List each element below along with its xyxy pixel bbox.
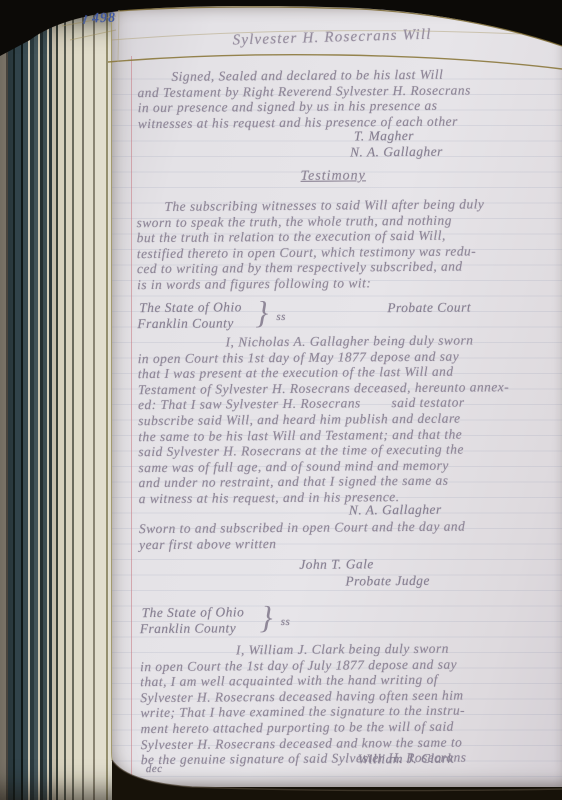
scanned-book-photo: 498 Sylvester H. Rosecrans Will Signed, … xyxy=(0,0,562,800)
venue1-county: Franklin County xyxy=(137,315,234,332)
clark-deposition: I, William J. Clark being duly sworn in … xyxy=(140,641,467,768)
venue2-ss: ss xyxy=(281,616,291,628)
jurat-line: year first above written xyxy=(139,534,465,552)
attestation-line: witnesses at his request and his presenc… xyxy=(138,113,471,131)
venue2-brace: } xyxy=(260,599,273,636)
page-title: Sylvester H. Rosecrans Will xyxy=(147,24,517,52)
judge-signature: John T. Gale xyxy=(299,556,374,573)
testimony-intro: The subscribing witnesses to said Will a… xyxy=(136,196,485,292)
clark-signature: William J. Clark xyxy=(358,751,454,768)
gallagher-signature: N. A. Gallagher xyxy=(349,502,442,519)
testimony-line: is in words and figures following to wit… xyxy=(137,274,485,292)
venue2-county: Franklin County xyxy=(140,620,237,637)
venue2-state: The State of Ohio xyxy=(142,604,245,621)
witness-signature-magher: T. Magher xyxy=(354,128,414,144)
clark-note: dec xyxy=(146,763,163,775)
venue1-state: The State of Ohio xyxy=(139,299,242,316)
deposition-line: said Sylvester H. Rosecrans at the time … xyxy=(138,441,509,460)
witness-signature-gallagher: N. A. Gallagher xyxy=(350,144,443,161)
deposition-line: a witness at his request, and in his pre… xyxy=(139,488,510,507)
judge-title: Probate Judge xyxy=(345,573,430,590)
testimony-heading: Testimony xyxy=(138,167,528,186)
testimony-line: ced to writing and by them respectively … xyxy=(137,259,485,277)
jurat: Sworn to and subscribed in open Court an… xyxy=(139,519,466,553)
gallagher-deposition: I, Nicholas A. Gallagher being duly swor… xyxy=(137,332,510,506)
jurat-line: Sworn to and subscribed in open Court an… xyxy=(139,519,465,537)
venue1-brace: } xyxy=(255,294,268,331)
handwritten-text-layer: Sylvester H. Rosecrans Will Signed, Seal… xyxy=(0,0,562,800)
venue1-court: Probate Court xyxy=(387,300,471,317)
venue1-ss: ss xyxy=(276,311,286,323)
attestation-clause: Signed, Sealed and declared to be his la… xyxy=(137,67,471,132)
